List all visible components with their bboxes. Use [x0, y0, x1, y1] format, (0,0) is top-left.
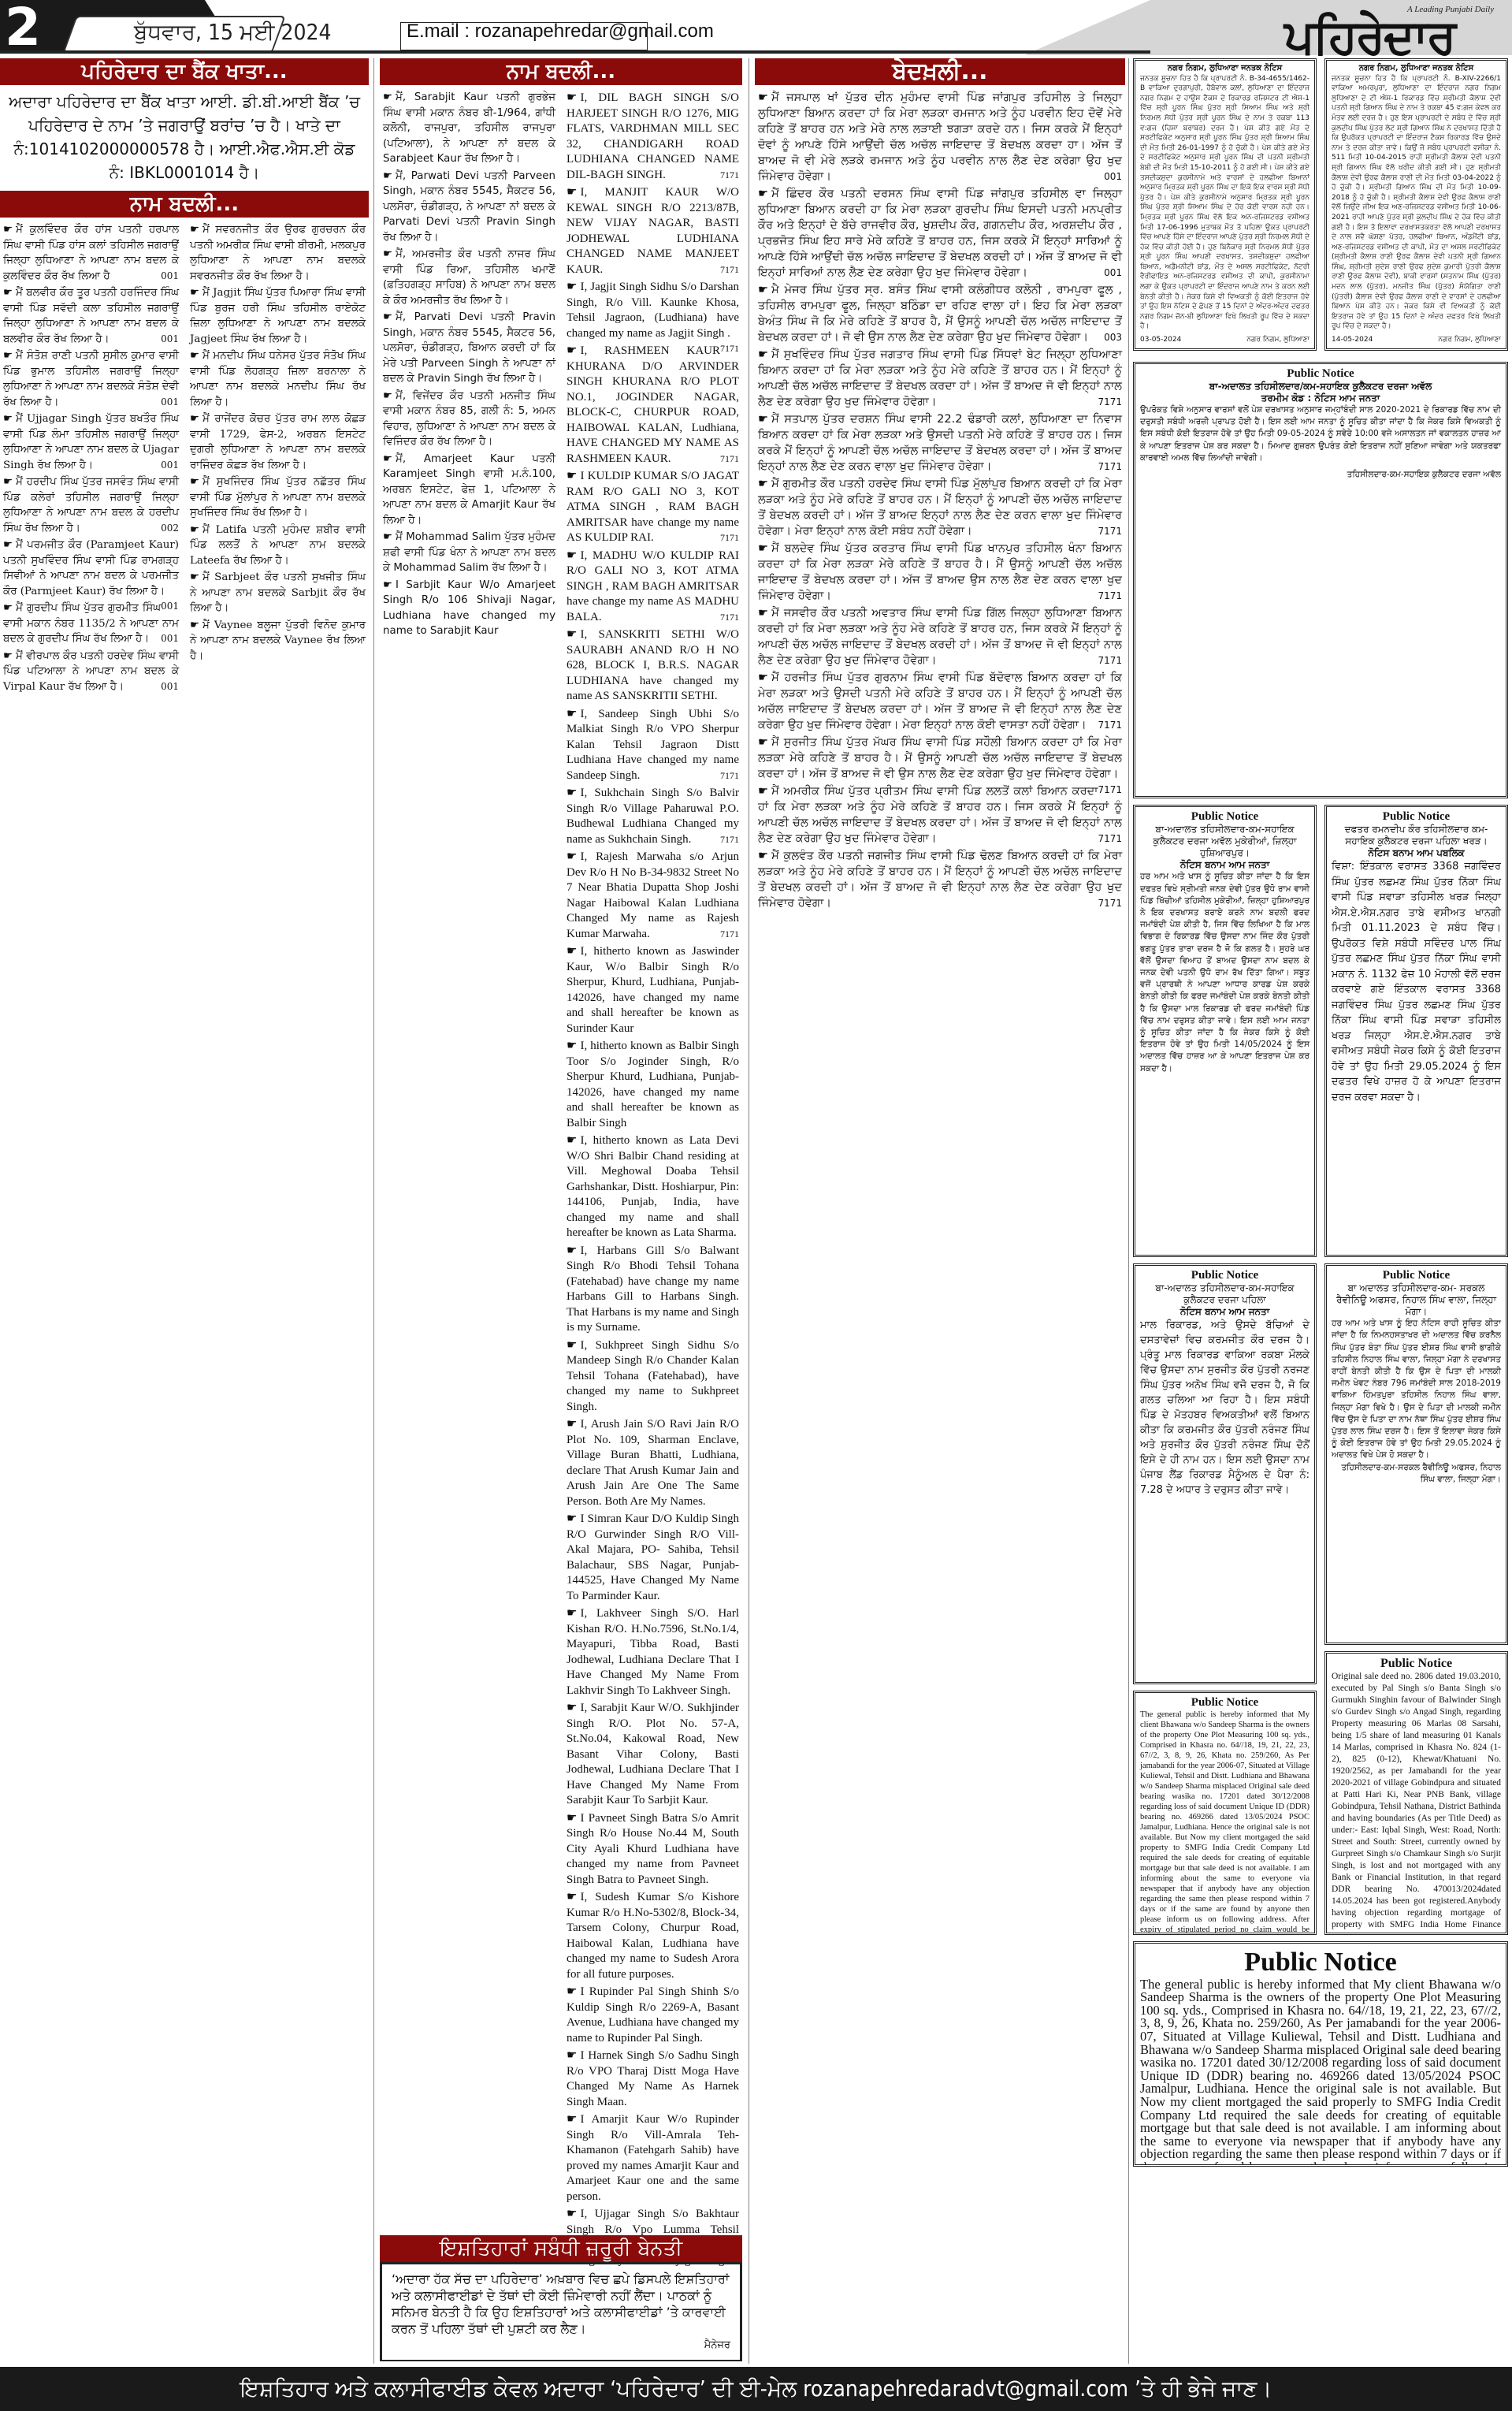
pointing-hand-icon: ☛ — [383, 91, 392, 103]
pointing-hand-icon: ☛ — [383, 579, 392, 591]
notice-title: Public Notice — [1140, 810, 1310, 824]
entry-text: I, RASHMEEN KAUR KHURANA D/O ARVINDER SI… — [567, 344, 739, 465]
pointing-hand-icon: ☛ — [567, 1511, 577, 1525]
notice-subtitle: ਬਾ-ਅਦਾਲਤ ਤਹਿਸੀਲਦਾਰ/ਕਮ-ਸਹਾਇਕ ਕੁਲੈਕਟਰ ਦਰਜਾ… — [1140, 381, 1501, 393]
notice-title: Public Notice — [1140, 367, 1501, 381]
pointing-hand-icon: ☛ — [3, 539, 13, 551]
entry-code: 7171 — [1098, 831, 1122, 846]
entry-code: 7171 — [720, 927, 739, 943]
list-item: ☛I Simran Kaur D/O Kuldip Singh R/O Gurw… — [567, 1511, 739, 1604]
pointing-hand-icon: ☛ — [383, 170, 392, 182]
entry-text: ਮੈਂ ਸਤਪਾਲ ਪੁੱਤਰ ਦਰਸ਼ਨ ਸਿੰਘ ਵਾਸੀ 22.2 ਢੰਡ… — [758, 412, 1122, 473]
notice-subtitle: ਬਾ-ਅਦਾਲਤ ਤਹਿਸੀਲਦਾਰ-ਕਮ-ਸਹਾਇਕ ਕੁਲੈਕਟਰ ਦਰਜਾ… — [1140, 1282, 1310, 1306]
entry-code: 7171 — [1098, 653, 1122, 668]
contact-email[interactable]: E.mail : rozanapehredar@gmail.com — [407, 20, 714, 43]
list-item: ☛I, Rajesh Marwaha s/o Arjun Dev R/o H N… — [567, 849, 739, 942]
pointing-hand-icon: ☛ — [758, 477, 768, 490]
entry-code: 7171 — [720, 168, 739, 184]
list-item: ☛I, hitherto known as Balbir Singh Toor … — [567, 1038, 739, 1131]
gurpreet-notice: Public Notice Original sale deed no. 280… — [1324, 1651, 1508, 1935]
notice-text: Original sale deed no. 2806 dated 19.03.… — [1332, 1671, 1501, 1935]
list-item: ☛ਮੈਂ ਸੁਰਜੀਤ ਸਿੰਘ ਪੁੱਤਰ ਮੱਘਰ ਸਿੰਘ ਵਾਸੀ ਪਿ… — [758, 735, 1122, 782]
list-item: ☛ਮੈਂ Mohammad Salim ਪੁੱਤਰ ਮੁਹੰਮਦ ਸ਼ਫੀ ਵਾ… — [383, 530, 555, 576]
entry-text: ਮੈਂ ਜਸਵੀਰ ਕੌਰ ਪਤਨੀ ਅਵਤਾਰ ਸਿੰਘ ਵਾਸੀ ਪਿੰਡ … — [758, 606, 1122, 667]
list-item: ☛ਮੈਂ ਸੁਖਵਿੰਦਰ ਸਿੰਘ ਪੁੱਤਰ ਜਗਤਾਰ ਸਿੰਘ ਵਾਸੀ… — [758, 347, 1122, 410]
entry-text: I Sarbjit Kaur W/o Amarjeet Singh R/o 10… — [383, 579, 555, 638]
list-item: ☛ਮੈਂ ਕੁਲਵਿੰਦਰ ਕੌਰ ਹਾਂਸ ਪਤਨੀ ਹਰਪਾਲ ਸਿੰਘ ਵ… — [3, 222, 179, 284]
pointing-hand-icon: ☛ — [567, 1984, 577, 1998]
entry-text: ਮੈਂ Vaynee ਬਲੂਜਾ ਪੁੱਤਰੀ ਵਿਨੋਦ ਕੁਮਾਰ ਨੇ ਆ… — [190, 619, 366, 662]
entry-text: I, Sudesh Kumar S/o Kishore Kumar R/o H.… — [567, 1891, 739, 1981]
column-middle: ਨਾਮ ਬਦਲੀ... ☛ਮੈਂ, Sarabjit Kaur ਪਤਨੀ ਗੁਰ… — [380, 58, 742, 2269]
list-item: ☛I, MANJIT KAUR W/O KEWAL SINGH R/O 2213… — [567, 184, 739, 277]
entry-code: 7171 — [1098, 588, 1122, 604]
entry-text: ਮੈਂ Jagjit ਸਿੰਘ ਪੁੱਤਰ ਪਿਆਰਾ ਸਿੰਘ ਵਾਸੀ ਪਿ… — [190, 287, 366, 345]
list-item: ☛ਮੈਂ ਛਿੰਦਰ ਕੌਰ ਪਤਨੀ ਦਰਸਨ ਸਿੰਘ ਵਾਸੀ ਪਿੰਡ … — [758, 186, 1122, 281]
column-divider — [1128, 58, 1129, 2364]
entry-text: I Simran Kaur D/O Kuldip Singh R/O Gurwi… — [567, 1512, 739, 1602]
notices-row-2: Public Notice ਬਾ-ਅਦਾਲਤ ਤਹਿਸੀਲਦਾਰ-ਕਮ-ਸਹਾਇ… — [1133, 805, 1508, 1941]
pointing-hand-icon: ☛ — [758, 412, 768, 426]
pointing-hand-icon: ☛ — [567, 627, 577, 641]
notice-text: The general public is hereby informed th… — [1140, 1978, 1501, 2167]
pointing-hand-icon: ☛ — [567, 1700, 577, 1714]
notice-text: ਵਿਸ਼ਾ: ਇੰਤਕਾਲ ਵਰਾਸਤ 3368 ਜਗਵਿੰਦਰ ਸਿੰਘ ਪੁ… — [1332, 859, 1501, 1105]
pointing-hand-icon: ☛ — [758, 606, 768, 619]
entry-code: 001 — [161, 599, 179, 615]
pointing-hand-icon: ☛ — [758, 91, 768, 104]
notice-office: ਨਗਰ ਨਿਗਮ, ਲੁਧਿਆਣਾ — [1438, 335, 1501, 345]
notice-office: ਨਗਰ ਨਿਗਮ, ਲੁਧਿਆਣਾ — [1246, 335, 1310, 345]
notice-title: Public Notice — [1140, 1269, 1310, 1282]
entry-code: 003 — [1104, 329, 1122, 345]
issue-date: ਬੁੱਧਵਾਰ, 15 ਮਈ 2024 — [134, 19, 332, 46]
pointing-hand-icon: ☛ — [190, 571, 199, 583]
entry-text: ਮੈਂ ਮਨਦੀਪ ਸਿੰਘ ਧਨੇਸਰ ਪੁੱਤਰ ਸੰਤੋਖ ਸਿੰਘ ਵਾ… — [190, 350, 366, 408]
pointing-hand-icon: ☛ — [383, 311, 392, 323]
notice-title: Public Notice — [1140, 1696, 1310, 1710]
pointing-hand-icon: ☛ — [567, 1416, 577, 1431]
pointing-hand-icon: ☛ — [567, 785, 577, 799]
list-item: ☛I, Sarabjit Kaur W/O. Sukhjinder Singh … — [567, 1700, 739, 1809]
pointing-hand-icon: ☛ — [567, 1243, 577, 1257]
list-item: ☛ਮੈਂ ਜਸਵੀਰ ਕੌਰ ਪਤਨੀ ਅਵਤਾਰ ਸਿੰਘ ਵਾਸੀ ਪਿੰਡ… — [758, 605, 1122, 668]
entry-text: ਮੈਂ ਸੁਖਵਿੰਦਰ ਸਿੰਘ ਪੁੱਤਰ ਜਗਤਾਰ ਸਿੰਘ ਵਾਸੀ … — [758, 348, 1122, 408]
pointing-hand-icon: ☛ — [567, 943, 577, 958]
sandeep-notice-large: Public Notice The general public is here… — [1133, 1941, 1508, 2167]
bedkhali-list: ☛ਮੈਂ ਜਸਪਾਲ ਖਾਂ ਪੁੱਤਰ ਦੀਨ ਮੁਹੰਮਦ ਵਾਸੀ ਪਿੰ… — [755, 85, 1125, 911]
entry-code: 7171 — [1098, 782, 1122, 798]
list-item: ☛ਮੈਂ ਸਤਪਾਲ ਪੁੱਤਰ ਦਰਸ਼ਨ ਸਿੰਘ ਵਾਸੀ 22.2 ਢੰ… — [758, 411, 1122, 474]
notice-text: ਉਪਰੋਕਤ ਵਿਸ਼ੇ ਅਨੁਸਾਰ ਵਾਰਸਾਂ ਵਲੋਂ ਪੇਸ਼ ਦਰਖ… — [1140, 404, 1501, 464]
name-change-list-left: ☛ਮੈਂ ਕੁਲਵਿੰਦਰ ਕੌਰ ਹਾਂਸ ਪਤਨੀ ਹਰਪਾਲ ਸਿੰਘ ਵ… — [0, 218, 369, 696]
pointing-hand-icon: ☛ — [567, 849, 577, 863]
name-change-list-mid: ☛ਮੈਂ, Sarabjit Kaur ਪਤਨੀ ਗੁਰਭੇਜ ਸਿੰਘ ਵਾਸ… — [380, 85, 742, 2269]
list-item: ☛I, Harbans Gill S/o Balwant Singh R/o B… — [567, 1243, 739, 1336]
entry-text: I Pavneet Singh Batra S/o Amrit Singh R/… — [567, 1812, 739, 1886]
list-item: ☛ਮੈਂ ਬਲਦੇਵ ਸਿੰਘ ਪੁੱਤਰ ਕਰਤਾਰ ਸਿੰਘ ਵਾਸੀ ਪਿ… — [758, 541, 1122, 604]
karamjit-notice: Public Notice ਬਾ-ਅਦਾਲਤ ਤਹਿਸੀਲਦਾਰ-ਕਮ-ਸਹਾਇ… — [1133, 1263, 1317, 1684]
pointing-hand-icon: ☛ — [3, 650, 13, 662]
pointing-hand-icon: ☛ — [567, 279, 577, 293]
entry-text: ਮੈਂ, ਵਿਜੇਂਦਰ ਕੌਰ ਪਤਨੀ ਮਨਜੀਤ ਸਿੰਘ ਵਾਸੀ ਮਕ… — [383, 390, 555, 448]
entry-text: ਮੈ ਮੇਜਰ ਸਿੰਘ ਪੁੱਤਰ ਸ੍ਰ. ਬਸੰਤ ਸਿੰਘ ਵਾਸੀ ਕ… — [758, 283, 1122, 344]
pointing-hand-icon: ☛ — [383, 531, 392, 543]
masthead-rule — [0, 50, 1150, 54]
notice-title: Public Notice — [1332, 1657, 1501, 1671]
pointing-hand-icon: ☛ — [567, 184, 577, 199]
entry-text: ਮੈਂ ਬਲਦੇਵ ਸਿੰਘ ਪੁੱਤਰ ਕਰਤਾਰ ਸਿੰਘ ਵਾਸੀ ਪਿੰ… — [758, 541, 1122, 602]
list-item: ☛I Pavneet Singh Batra S/o Amrit Singh R… — [567, 1810, 739, 1888]
entry-text: I, MANJIT KAUR W/O KEWAL SINGH R/O 2213/… — [567, 186, 739, 276]
list-item: ☛I, SANSKRITI SETHI W/O SAURABH ANAND R/… — [567, 627, 739, 705]
list-item: ☛I, Sukhchain Singh S/o Balvir Singh R/o… — [567, 785, 739, 847]
entry-text: I, Arush Jain S/O Ravi Jain R/O Plot No.… — [567, 1418, 739, 1508]
pointing-hand-icon: ☛ — [383, 390, 392, 402]
entry-text: ਮੈਂ ਸੰਤੋਸ਼ ਰਾਣੀ ਪਤਨੀ ਸੁਸੀਲ ਕੁਮਾਰ ਵਾਸੀ ਪਿ… — [3, 350, 179, 408]
list-item: ☛ਮੈਂ, Parwati Devi ਪਤਨੀ Parveen Singh, ਮ… — [383, 169, 555, 246]
list-item: ☛I, Sandeep Singh Ubhi S/o Malkiat Singh… — [567, 706, 739, 784]
entry-code: 7171 — [1098, 394, 1122, 410]
pointing-hand-icon: ☛ — [567, 1038, 577, 1052]
list-item: ☛I, Sukhpreet Singh Sidhu S/o Mandeep Si… — [567, 1338, 739, 1416]
entry-text: ਮੈਂ, ਅਮਰਜੀਤ ਕੌਰ ਪਤਨੀ ਨਾਜਰ ਸਿੰਘ ਵਾਸੀ ਪਿੰਡ… — [383, 248, 555, 307]
list-item: ☛ਮੈਂ, Parvati Devi ਪਤਨੀ Pravin Singh, ਮਕ… — [383, 310, 555, 387]
entry-text: ਮੈਂ Ujjagar Singh ਪੁੱਤਰ ਬਖਤੌਰ ਸਿੰਘ ਵਾਸੀ … — [3, 413, 179, 471]
ludhiana-notice-2: ਨਗਰ ਨਿਗਮ, ਲੁਧਿਆਣਾ ਜਨਤਕ ਨੋਟਿਸ ਜਨਤਕ ਸੂਚਨਾ … — [1324, 58, 1508, 351]
pointing-hand-icon: ☛ — [190, 287, 199, 299]
entry-text: I, Sukhpreet Singh Sidhu S/o Mandeep Sin… — [567, 1339, 739, 1413]
notice-text: ਜਨਤਕ ਸੂਚਨਾ ਹਿਤ ਹੈ ਕਿ ਪ੍ਰਾਪਰਟੀ ਨੰ. B-34-4… — [1140, 74, 1310, 332]
name-change-mid-subcol-b: ☛I, DIL BAGH SINGH S/O HARJEET SINGH R/O… — [567, 90, 739, 2269]
pointing-hand-icon: ☛ — [567, 90, 577, 104]
pointing-hand-icon: ☛ — [190, 413, 199, 425]
list-item: ☛ਮੈਂ, Sarabjit Kaur ਪਤਨੀ ਗੁਰਭੇਜ ਸਿੰਘ ਵਾਸ… — [383, 90, 555, 167]
pointing-hand-icon: ☛ — [758, 187, 768, 200]
bank-account-text: ਅਦਾਰਾ ਪਹਿਰੇਦਾਰ ਦਾ ਬੈਂਕ ਖਾਤਾ ਆਈ. ਡੀ.ਬੀ.ਆਈ… — [0, 85, 369, 191]
list-item: ☛ਮੈਂ ਹਰਦੀਪ ਸਿੰਘ ਪੁੱਤਰ ਜਸਵੰਤ ਸਿੰਘ ਵਾਸੀ ਪਿ… — [3, 474, 179, 536]
list-item: ☛ਮੈਂ ਬਲਵੀਰ ਕੌਰ ਤੂਰ ਪਤਨੀ ਹਰਜਿੰਦਰ ਸਿੰਘ ਵਾਸ… — [3, 285, 179, 347]
pointing-hand-icon: ☛ — [567, 706, 577, 720]
newspaper-logo: ਪਹਿਰੇਦਾਰ — [1284, 9, 1454, 65]
list-item: ☛I Sarbjit Kaur W/o Amarjeet Singh R/o 1… — [383, 578, 555, 639]
list-item: ☛ਮੈਂ Jagjit ਸਿੰਘ ਪੁੱਤਰ ਪਿਆਰਾ ਸਿੰਘ ਵਾਸੀ ਪ… — [190, 285, 366, 347]
column-divider — [749, 58, 749, 2364]
entry-text: I, hitherto known as Balbir Singh Toor S… — [567, 1040, 739, 1129]
mukerian-notice: Public Notice ਬਾ-ਅਦਾਲਤ ਤਹਿਸੀਲਦਾਰ-ਕਮ-ਸਹਾਇ… — [1133, 805, 1317, 1257]
list-item: ☛ਮੈਂ ਸੰਤੋਸ਼ ਰਾਣੀ ਪਤਨੀ ਸੁਸੀਲ ਕੁਮਾਰ ਵਾਸੀ ਪ… — [3, 348, 179, 410]
list-item: ☛ਮੈਂ Sarbjeet ਕੌਰ ਪਤਨੀ ਸੁਖਜੀਤ ਸਿੰਘ ਨੇ ਆਪ… — [190, 570, 366, 616]
entry-text: I Harnek Singh S/o Sadhu Singh R/o VPO T… — [567, 2049, 739, 2108]
pointing-hand-icon: ☛ — [3, 350, 13, 362]
pointing-hand-icon: ☛ — [190, 619, 199, 631]
entry-text: I, Harbans Gill S/o Balwant Singh R/o Bh… — [567, 1245, 739, 1334]
list-item: ☛ਮੈਂ ਜਸਪਾਲ ਖਾਂ ਪੁੱਤਰ ਦੀਨ ਮੁਹੰਮਦ ਵਾਸੀ ਪਿੰ… — [758, 90, 1122, 184]
pointing-hand-icon: ☛ — [567, 1605, 577, 1620]
entry-code: 002 — [161, 521, 179, 537]
pointing-hand-icon: ☛ — [567, 1889, 577, 1903]
notice-signature: ਤਹਿਸੀਲਦਾਰ-ਕਮ-ਸਹਾਇਕ ਕੁਲੈਕਟਰ ਦਰਜਾ ਅਵੱਲ — [1140, 469, 1501, 481]
entry-code: 7171 — [720, 530, 739, 546]
notice-subtitle: ਬਾ ਅਦਾਲਤ ਤਹਿਸੀਲਦਾਰ-ਕਮ- ਸਰਕਲ ਰੈਵੀਨਿਊ ਅਫਸਰ… — [1332, 1282, 1501, 1319]
list-item: ☛ਮੈਂ Vaynee ਬਲੂਜਾ ਪੁੱਤਰੀ ਵਿਨੋਦ ਕੁਮਾਰ ਨੇ … — [190, 618, 366, 664]
entry-text: I, Sukhchain Singh S/o Balvir Singh R/o … — [567, 787, 739, 846]
entry-text: I Rupinder Pal Singh Shinh S/o Kuldip Si… — [567, 1985, 739, 2045]
list-item: ☛ਮੈਂ, ਅਮਰਜੀਤ ਕੌਰ ਪਤਨੀ ਨਾਜਰ ਸਿੰਘ ਵਾਸੀ ਪਿੰ… — [383, 247, 555, 308]
list-item: ☛I, Jagjit Singh Sidhu S/o Darshan Singh… — [567, 279, 739, 341]
notice-date: 14-05-2024 — [1332, 335, 1373, 345]
entry-text: ਮੈਂ ਵੀਰਪਾਲ ਕੌਰ ਪਤਨੀ ਹਰਦੇਵ ਸਿੰਘ ਵਾਸੀ ਪਿੰਡ… — [3, 650, 179, 693]
pointing-hand-icon: ☛ — [190, 224, 199, 236]
pointing-hand-icon: ☛ — [190, 524, 199, 536]
ludhiana-notices-row: ਨਗਰ ਨਿਗਮ, ਲੁਧਿਆਣਾ ਜਨਤਕ ਨੋਟਿਸ ਜਨਤਕ ਸੂਚਨਾ … — [1133, 58, 1508, 357]
pointing-hand-icon: ☛ — [758, 348, 768, 361]
name-change-mid-subcol-a: ☛ਮੈਂ, Sarabjit Kaur ਪਤਨੀ ਗੁਰਭੇਜ ਸਿੰਘ ਵਾਸ… — [383, 90, 555, 2269]
entry-text: ਮੈਂ ਗੁਰਮੀਤ ਕੌਰ ਪਤਨੀ ਹਰਦੇਵ ਸਿੰਘ ਵਾਸੀ ਪਿੰਡ… — [758, 477, 1122, 538]
list-item: ☛I Rupinder Pal Singh Shinh S/o Kuldip S… — [567, 1984, 739, 2046]
name-change-subcol-a: ☛ਮੈਂ ਕੁਲਵਿੰਦਰ ਕੌਰ ਹਾਂਸ ਪਤਨੀ ਹਰਪਾਲ ਸਿੰਘ ਵ… — [3, 222, 179, 696]
entry-text: I, Rajesh Marwaha s/o Arjun Dev R/o H No… — [567, 850, 739, 940]
entry-text: I Amarjit Kaur W/o Rupinder Singh R/o Vi… — [567, 2113, 739, 2203]
list-item: ☛I, hitherto known as Lata Devi W/O Shri… — [567, 1133, 739, 1241]
entry-text: ਮੈਂ ਕੁਲਵੰਤ ਕੌਰ ਪਤਨੀ ਜਗਜੀਤ ਸਿੰਘ ਵਾਸੀ ਪਿੰਡ… — [758, 849, 1122, 910]
notice-heading: ਨੋਟਿਸ ਬਨਾਮ ਆਮ ਪਬਲਿਕ — [1332, 847, 1501, 859]
kharar-notice: Public Notice ਦਫਤਰ ਰਮਨਦੀਪ ਕੌਰ ਤਹਿਸੀਲਦਾਰ … — [1324, 805, 1508, 1257]
pointing-hand-icon: ☛ — [758, 283, 768, 296]
tagline: A Leading Punjabi Daily — [1407, 5, 1494, 14]
entry-code: 001 — [161, 631, 179, 647]
notice-text: ਹਰ ਆਮ ਅਤੇ ਖਾਸ ਨੂੰ ਇਹ ਨੋਟਿਸ ਰਾਹੀ ਸੂਚਿਤ ਕੀ… — [1332, 1318, 1501, 1461]
notice-heading: ਤਰਮੀਮ ਕੋਡ : ਨੋਟਿਸ ਆਮ ਜਨਤਾ — [1140, 393, 1501, 404]
notice-signature: ਤਹਿਸੀਲਦਾਰ-ਕਮ-ਸਰਕਲ ਰੈਵੀਨਿਊ ਅਫਸਰ, ਨਿਹਾਲ ਸਿ… — [1332, 1462, 1501, 1486]
entry-text: I, hitherto known as Lata Devi W/O Shri … — [567, 1134, 739, 1239]
list-item: ☛I, Lakhveer Singh S/O. Harl Kishan R/O.… — [567, 1605, 739, 1698]
list-item: ☛ਮੈਂ ਪਰਮਜੀਤ ਕੌਰ (Paramjeet Kaur) ਪਤਨੀ ਸੁ… — [3, 538, 179, 599]
notice-title: Public Notice — [1332, 1269, 1501, 1282]
entry-text: I, Jagjit Singh Sidhu S/o Darshan Singh,… — [567, 281, 739, 340]
notice-text: ਜਨਤਕ ਸੂਚਨਾ ਹਿਤ ਹੈ ਕਿ ਪ੍ਰਾਪਰਟੀ ਨੰ. B-XIV-… — [1332, 74, 1501, 332]
entry-text: I, DIL BAGH SINGH S/O HARJEET SINGH R/O … — [567, 91, 739, 181]
entry-text: ਮੈਂ ਰਾਜੇਂਦਰ ਕੋਚਰ ਪੁੱਤਰ ਰਾਮ ਲਾਲ ਕੋਛੜ ਵਾਸੀ… — [190, 413, 366, 471]
notice-heading: ਨੋਟਿਸ ਬਨਾਮ ਆਮ ਜਨਤਾ — [1140, 1306, 1310, 1318]
entry-text: ਮੈਂ ਅਮਰੀਕ ਸਿੰਘ ਪੁੱਤਰ ਪ੍ਰੀਤਮ ਸਿੰਘ ਵਾਸੀ ਪਿ… — [758, 784, 1122, 845]
list-item: ☛ਮੈਂ ਗੁਰਦੀਪ ਸਿੰਘ ਪੁੱਤਰ ਗੁਰਮੀਤ ਸਿੰਘ ਵਾਸੀ … — [3, 601, 179, 647]
list-item: ☛I, DIL BAGH SINGH S/O HARJEET SINGH R/O… — [567, 90, 739, 183]
notices-right-stack: Public Notice ਦਫਤਰ ਰਮਨਦੀਪ ਕੌਰ ਤਹਿਸੀਲਦਾਰ … — [1324, 805, 1508, 1941]
pointing-hand-icon: ☛ — [190, 350, 199, 362]
list-item: ☛I, hitherto known as Jaswinder Kaur, W/… — [567, 943, 739, 1036]
entry-text: ਮੈਂ ਬਲਵੀਰ ਕੌਰ ਤੂਰ ਪਤਨੀ ਹਰਜਿੰਦਰ ਸਿੰਘ ਵਾਸੀ… — [3, 287, 179, 345]
notice-title: ਨਗਰ ਨਿਗਮ, ਲੁਧਿਆਣਾ ਜਨਤਕ ਨੋਟਿਸ — [1140, 64, 1310, 74]
entry-text: I, Sandeep Singh Ubhi S/o Malkiat Singh … — [567, 708, 739, 782]
entry-code: 7171 — [1098, 523, 1122, 539]
advert-request-body: ‘ਅਦਾਰਾ ਹੱਕ ਸੱਚ ਦਾ ਪਹਿਰੇਦਾਰ’ ਅਖ਼ਬਾਰ ਵਿਚ ਛ… — [380, 2262, 742, 2361]
pointing-hand-icon: ☛ — [567, 1810, 577, 1825]
entry-text: ਮੈਂ ਹਰਦੀਪ ਸਿੰਘ ਪੁੱਤਰ ਜਸਵੰਤ ਸਿੰਘ ਵਾਸੀ ਪਿੰ… — [3, 476, 179, 534]
pointing-hand-icon: ☛ — [567, 1338, 577, 1352]
notice-heading: ਨੋਟਿਸ ਬਨਾਮ ਆਮ ਜਨਤਾ — [1140, 859, 1310, 871]
list-item: ☛ਮੈਂ ਸੁਖਜਿੰਦਰ ਸਿੰਘ ਪੁੱਤਰ ਨਛੱਤਰ ਸਿੰਘ ਵਾਸੀ… — [190, 474, 366, 521]
notice-text: The general public is hereby informed th… — [1140, 1710, 1310, 1935]
ludhiana-notice-1: ਨਗਰ ਨਿਗਮ, ਲੁਧਿਆਣਾ ਜਨਤਕ ਨੋਟਿਸ ਜਨਤਕ ਸੂਚਨਾ … — [1133, 58, 1317, 351]
entry-code: 001 — [161, 395, 179, 411]
entry-text: I, Lakhveer Singh S/O. Harl Kishan R/O. … — [567, 1607, 739, 1697]
entry-code: 001 — [161, 458, 179, 474]
pointing-hand-icon: ☛ — [758, 671, 768, 684]
entry-text: ਮੈਂ, Sarabjit Kaur ਪਤਨੀ ਗੁਰਭੇਜ ਸਿੰਘ ਵਾਸੀ… — [383, 91, 555, 165]
entry-code: 7171 — [720, 452, 739, 467]
entry-code: 7171 — [720, 341, 739, 357]
column-notices: ਨਗਰ ਨਿਗਮ, ਲੁਧਿਆਣਾ ਜਨਤਕ ਨੋਟਿਸ ਜਨਤਕ ਸੂਚਨਾ … — [1133, 58, 1508, 2364]
list-item: ☛ਮੈਂ, Amarjeet Kaur ਪਤਨੀ Karamjeet Singh… — [383, 452, 555, 529]
pointing-hand-icon: ☛ — [567, 2206, 577, 2220]
entry-code: 7171 — [720, 262, 739, 278]
entry-text: ਮੈਂ ਜਸਪਾਲ ਖਾਂ ਪੁੱਤਰ ਦੀਨ ਮੁਹੰਮਦ ਵਾਸੀ ਪਿੰਡ… — [758, 91, 1122, 183]
entry-text: ਮੈਂ ਸੁਖਜਿੰਦਰ ਸਿੰਘ ਪੁੱਤਰ ਨਛੱਤਰ ਸਿੰਘ ਵਾਸੀ … — [190, 476, 366, 519]
notice-subtitle: ਦਫਤਰ ਰਮਨਦੀਪ ਕੌਰ ਤਹਿਸੀਲਦਾਰ ਕਮ-ਸਹਾਇਕ ਕੁਲੈਕ… — [1332, 824, 1501, 847]
entry-text: ਮੈਂ, Parwati Devi ਪਤਨੀ Parveen Singh, ਮਕ… — [383, 170, 555, 244]
entry-code: 001 — [161, 269, 179, 285]
pointing-hand-icon: ☛ — [758, 784, 768, 798]
name-change-subcol-b: ☛ਮੈਂ ਸਵਰਨਜੀਤ ਕੌਰ ਉਰਫ ਗੁਰਚਰਨ ਕੌਰ ਪਤਨੀ ਅਮਰ… — [190, 222, 366, 696]
entry-text: ਮੈਂ ਪਰਮਜੀਤ ਕੌਰ (Paramjeet Kaur) ਪਤਨੀ ਸੁਖ… — [3, 539, 179, 597]
list-item: ☛I, MADHU W/O KULDIP RAI R/O GALI NO 3, … — [567, 548, 739, 626]
entry-text: I, hitherto known as Jaswinder Kaur, W/o… — [567, 945, 739, 1035]
pointing-hand-icon: ☛ — [383, 453, 392, 465]
list-item: ☛I, RASHMEEN KAUR KHURANA D/O ARVINDER S… — [567, 343, 739, 467]
pointing-hand-icon: ☛ — [3, 287, 13, 299]
advert-request-text: ‘ਅਦਾਰਾ ਹੱਕ ਸੱਚ ਦਾ ਪਹਿਰੇਦਾਰ’ ਅਖ਼ਬਾਰ ਵਿਚ ਛ… — [392, 2271, 730, 2337]
entry-text: I, Sarabjit Kaur W/O. Sukhjinder Singh R… — [567, 1702, 739, 1806]
tehsildar-notice-wide: Public Notice ਬਾ-ਅਦਾਲਤ ਤਹਿਸੀਲਦਾਰ/ਕਮ-ਸਹਾਇ… — [1133, 362, 1508, 798]
name-change-heading-mid: ਨਾਮ ਬਦਲੀ... — [380, 58, 742, 85]
pointing-hand-icon: ☛ — [3, 476, 13, 488]
notice-text: ਮਾਲ ਰਿਕਾਰਡ, ਅਤੇ ਉਸਦੇ ਬੱਚਿਆਂ ਦੇ ਦਸਤਾਵੇਜ਼ਾ… — [1140, 1318, 1310, 1498]
entry-code: 001 — [1104, 265, 1122, 281]
entry-code: 7171 — [1098, 459, 1122, 474]
pointing-hand-icon: ☛ — [383, 248, 392, 260]
notice-title: Public Notice — [1140, 1947, 1501, 1978]
notice-subtitle: ਬਾ-ਅਦਾਲਤ ਤਹਿਸੀਲਦਾਰ-ਕਮ-ਸਹਾਇਕ ਕੁਲੈਕਟਰ ਦਰਜਾ… — [1140, 824, 1310, 860]
list-item: ☛ਮੈਂ ਮਨਦੀਪ ਸਿੰਘ ਧਨੇਸਰ ਪੁੱਤਰ ਸੰਤੋਖ ਸਿੰਘ ਵ… — [190, 348, 366, 410]
list-item: ☛I Harnek Singh S/o Sadhu Singh R/o VPO … — [567, 2048, 739, 2110]
pointing-hand-icon: ☛ — [758, 541, 768, 555]
advert-request-signature: ਮੈਨੇਜਰ — [392, 2337, 730, 2353]
pointing-hand-icon: ☛ — [567, 2111, 577, 2126]
column-divider — [373, 58, 374, 2364]
entry-text: ਮੈਂ ਹਰਜੀਤ ਸਿੰਘ ਪੁੱਤਰ ਗੁਰਨਾਮ ਸਿੰਘ ਵਾਸੀ ਪਿ… — [758, 671, 1122, 731]
entry-code: 7171 — [720, 610, 739, 626]
list-item: ☛ਮੈਂ ਕੁਲਵੰਤ ਕੌਰ ਪਤਨੀ ਜਗਜੀਤ ਸਿੰਘ ਵਾਸੀ ਪਿੰ… — [758, 848, 1122, 911]
list-item: ☛ਮੈਂ Latifa ਪਤਨੀ ਮੁਹੰਮਦ ਸ਼ਬੀਰ ਵਾਸੀ ਪਿੰਡ … — [190, 523, 366, 569]
notice-date: 03-05-2024 — [1140, 335, 1181, 345]
entry-code: 001 — [161, 332, 179, 348]
notice-title: ਨਗਰ ਨਿਗਮ, ਲੁਧਿਆਣਾ ਜਨਤਕ ਨੋਟਿਸ — [1332, 64, 1501, 74]
list-item: ☛I, Arush Jain S/O Ravi Jain R/O Plot No… — [567, 1416, 739, 1509]
pointing-hand-icon: ☛ — [3, 602, 13, 614]
footer-strip: ਇਸ਼ਤਿਹਾਰ ਅਤੇ ਕਲਾਸੀਫਾਈਡ ਕੇਵਲ ਅਦਾਰਾ ‘ਪਹਿਰੇ… — [0, 2367, 1512, 2411]
list-item: ☛ਮੈਂ ਹਰਜੀਤ ਸਿੰਘ ਪੁੱਤਰ ਗੁਰਨਾਮ ਸਿੰਘ ਵਾਸੀ ਪ… — [758, 670, 1122, 733]
entry-code: 001 — [161, 679, 179, 695]
pointing-hand-icon: ☛ — [3, 413, 13, 425]
pointing-hand-icon: ☛ — [567, 2048, 577, 2062]
bank-account-heading: ਪਹਿਰੇਦਾਰ ਦਾ ਬੈਂਕ ਖਾਤਾ... — [0, 58, 369, 85]
list-item: ☛ਮੈਂ ਅਮਰੀਕ ਸਿੰਘ ਪੁੱਤਰ ਪ੍ਰੀਤਮ ਸਿੰਘ ਵਾਸੀ ਪ… — [758, 783, 1122, 846]
pointing-hand-icon: ☛ — [758, 849, 768, 862]
masthead: 2 ਬੁੱਧਵਾਰ, 15 ਮਈ 2024 E.mail : rozanapeh… — [0, 0, 1512, 50]
notice-footer: 03-05-2024 ਨਗਰ ਨਿਗਮ, ਲੁਧਿਆਣਾ — [1140, 335, 1310, 345]
entry-code: 7171 — [1098, 895, 1122, 911]
pointing-hand-icon: ☛ — [567, 548, 577, 562]
column-bedkhali: ਬੇਦਖ਼ਲੀ... ☛ਮੈਂ ਜਸਪਾਲ ਖਾਂ ਪੁੱਤਰ ਦੀਨ ਮੁਹੰ… — [755, 58, 1125, 2364]
entry-code: 001 — [1104, 169, 1122, 184]
entry-text: ਮੈਂ, Amarjeet Kaur ਪਤਨੀ Karamjeet Singh … — [383, 453, 555, 526]
advert-request-heading: ਇਸ਼ਤਿਹਾਰਾਂ ਸਬੰਧੀ ਜ਼ਰੂਰੀ ਬੇਨਤੀ — [380, 2235, 742, 2262]
notice-footer: 14-05-2024 ਨਗਰ ਨਿਗਮ, ਲੁਧਿਆਣਾ — [1332, 335, 1501, 345]
list-item: ☛I Amarjit Kaur W/o Rupinder Singh R/o V… — [567, 2111, 739, 2205]
pointing-hand-icon: ☛ — [567, 343, 577, 357]
entry-text: ਮੈਂ ਸਵਰਨਜੀਤ ਕੌਰ ਉਰਫ ਗੁਰਚਰਨ ਕੌਰ ਪਤਨੀ ਅਮਰੀ… — [190, 224, 366, 282]
name-change-heading-left: ਨਾਮ ਬਦਲੀ... — [0, 191, 369, 218]
list-item: ☛ਮੈਂ ਗੁਰਮੀਤ ਕੌਰ ਪਤਨੀ ਹਰਦੇਵ ਸਿੰਘ ਵਾਸੀ ਪਿੰ… — [758, 476, 1122, 539]
entry-text: I, SANSKRITI SETHI W/O SAURABH ANAND R/O… — [567, 628, 739, 702]
pointing-hand-icon: ☛ — [758, 735, 768, 749]
list-item: ☛I KULDIP KUMAR S/O JAGAT RAM R/O GALI N… — [567, 468, 739, 546]
entry-text: ਮੈਂ Mohammad Salim ਪੁੱਤਰ ਮੁਹੰਮਦ ਸ਼ਫੀ ਵਾਸ… — [383, 531, 555, 574]
entry-text: I, MADHU W/O KULDIP RAI R/O GALI NO 3, K… — [567, 549, 739, 623]
list-item: ☛ਮੈਂ ਵੀਰਪਾਲ ਕੌਰ ਪਤਨੀ ਹਰਦੇਵ ਸਿੰਘ ਵਾਸੀ ਪਿੰ… — [3, 649, 179, 695]
entry-text: ਮੈਂ Sarbjeet ਕੌਰ ਪਤਨੀ ਸੁਖਜੀਤ ਸਿੰਘ ਨੇ ਆਪਣ… — [190, 571, 366, 614]
notice-title: Public Notice — [1332, 810, 1501, 824]
pointing-hand-icon: ☛ — [567, 468, 577, 482]
entry-text: ਮੈਂ ਗੁਰਦੀਪ ਸਿੰਘ ਪੁੱਤਰ ਗੁਰਮੀਤ ਸਿੰਘ ਵਾਸੀ ਮ… — [3, 602, 179, 645]
pointing-hand-icon: ☛ — [3, 224, 13, 236]
list-item: ☛I, Sudesh Kumar S/o Kishore Kumar R/o H… — [567, 1889, 739, 1982]
page-number: 2 — [5, 0, 39, 58]
notices-left-stack: Public Notice ਬਾ-ਅਦਾਲਤ ਤਹਿਸੀਲਦਾਰ-ਕਮ-ਸਹਾਇ… — [1133, 805, 1317, 1941]
pointing-hand-icon: ☛ — [567, 1133, 577, 1147]
entry-code: 7171 — [1098, 717, 1122, 733]
list-item: ☛ਮੈਂ Ujjagar Singh ਪੁੱਤਰ ਬਖਤੌਰ ਸਿੰਘ ਵਾਸੀ… — [3, 411, 179, 473]
list-item: ☛ਮੈਂ ਰਾਜੇਂਦਰ ਕੋਚਰ ਪੁੱਤਰ ਰਾਮ ਲਾਲ ਕੋਛੜ ਵਾਸ… — [190, 411, 366, 473]
entry-code: 7171 — [720, 768, 739, 784]
entry-text: ਮੈਂ, Parvati Devi ਪਤਨੀ Pravin Singh, ਮਕਾ… — [383, 311, 555, 385]
column-left: ਪਹਿਰੇਦਾਰ ਦਾ ਬੈਂਕ ਖਾਤਾ... ਅਦਾਰਾ ਪਹਿਰੇਦਾਰ … — [0, 58, 369, 2364]
bedkhali-heading: ਬੇਦਖ਼ਲੀ... — [755, 58, 1125, 85]
entry-text: I KULDIP KUMAR S/O JAGAT RAM R/O GALI NO… — [567, 470, 739, 544]
pointing-hand-icon: ☛ — [190, 476, 199, 488]
sandeep-notice-small: Public Notice The general public is here… — [1133, 1691, 1317, 1935]
entry-text: ਮੈਂ ਛਿੰਦਰ ਕੌਰ ਪਤਨੀ ਦਰਸਨ ਸਿੰਘ ਵਾਸੀ ਪਿੰਡ ਜ… — [758, 187, 1122, 279]
list-item: ☛ਮੈ ਮੇਜਰ ਸਿੰਘ ਪੁੱਤਰ ਸ੍ਰ. ਬਸੰਤ ਸਿੰਘ ਵਾਸੀ … — [758, 282, 1122, 345]
list-item: ☛ਮੈਂ, ਵਿਜੇਂਦਰ ਕੌਰ ਪਤਨੀ ਮਨਜੀਤ ਸਿੰਘ ਵਾਸੀ ਮ… — [383, 389, 555, 450]
list-item: ☛ਮੈਂ ਸਵਰਨਜੀਤ ਕੌਰ ਉਰਫ ਗੁਰਚਰਨ ਕੌਰ ਪਤਨੀ ਅਮਰ… — [190, 222, 366, 284]
entry-text: ਮੈਂ ਸੁਰਜੀਤ ਸਿੰਘ ਪੁੱਤਰ ਮੱਘਰ ਸਿੰਘ ਵਾਸੀ ਪਿੰ… — [758, 735, 1122, 780]
advert-request-box: ਇਸ਼ਤਿਹਾਰਾਂ ਸਬੰਧੀ ਜ਼ਰੂਰੀ ਬੇਨਤੀ ‘ਅਦਾਰਾ ਹੱਕ… — [380, 2235, 742, 2361]
notice-text: ਹਰ ਆਮ ਅਤੇ ਖਾਸ ਨੂੰ ਸੂਚਿਤ ਕੀਤਾ ਜਾਂਦਾ ਹੈ ਕਿ… — [1140, 871, 1310, 1074]
nihal-singh-wala-notice: Public Notice ਬਾ ਅਦਾਲਤ ਤਹਿਸੀਲਦਾਰ-ਕਮ- ਸਰਕ… — [1324, 1263, 1508, 1645]
entry-text: ਮੈਂ Latifa ਪਤਨੀ ਮੁਹੰਮਦ ਸ਼ਬੀਰ ਵਾਸੀ ਪਿੰਡ ਲ… — [190, 524, 366, 567]
entry-code: 7171 — [720, 832, 739, 848]
entry-text: ਮੈਂ ਕੁਲਵਿੰਦਰ ਕੌਰ ਹਾਂਸ ਪਤਨੀ ਹਰਪਾਲ ਸਿੰਘ ਵਾ… — [3, 224, 179, 282]
